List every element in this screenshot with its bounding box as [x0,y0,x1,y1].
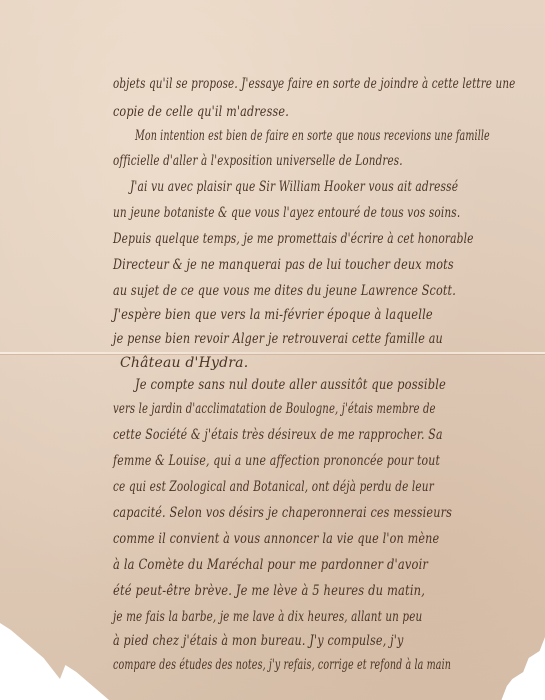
text-line: copie de celle qu'il m'adresse. [113,104,289,120]
text-line: J'espère bien que vers la mi-février épo… [113,307,433,323]
text-line: J'ai vu avec plaisir que Sir William Hoo… [130,179,458,195]
text-line: été peut-être brève. Je me lève à 5 heur… [113,583,425,599]
text-line: un jeune botaniste & que vous l'ayez ent… [113,205,460,221]
letter-page: objets qu'il se propose. J'essaye faire … [0,0,545,700]
text-line: objets qu'il se propose. J'essaye faire … [113,76,515,92]
text-line: vers le jardin d'acclimatation de Boulog… [113,401,436,417]
text-line: compare des études des notes, j'y refais… [113,657,451,673]
text-line: femme & Louise, qui a une affection pron… [113,453,440,469]
text-line: je me fais la barbe, je me lave à dix he… [113,609,422,625]
text-line: à pied chez j'étais à mon bureau. J'y co… [113,633,404,649]
text-line: comme il convient à vous annoncer la vie… [113,531,439,547]
text-line: Directeur & je ne manquerai pas de lui t… [113,257,454,273]
handwritten-text-block: objets qu'il se propose. J'essaye faire … [0,0,545,700]
text-line: cette Société & j'étais très désireux de… [113,427,443,443]
text-line: à la Comète du Maréchal pour me pardonne… [113,557,428,573]
text-line: Je compte sans nul doute aller aussitôt … [135,377,446,393]
text-line: je pense bien revoir Alger je retrouvera… [113,331,443,347]
text-line: capacité. Selon vos désirs je chaperonne… [113,505,452,521]
text-line: Depuis quelque temps, je me promettais d… [113,231,474,247]
text-line: ce qui est Zoological and Botanical, ont… [113,479,434,495]
text-line: Mon intention est bien de faire en sorte… [135,128,490,144]
text-line: au sujet de ce que vous me dites du jeun… [113,283,456,299]
text-line: officielle d'aller à l'exposition univer… [113,153,403,169]
text-line: Château d'Hydra. [120,355,248,371]
